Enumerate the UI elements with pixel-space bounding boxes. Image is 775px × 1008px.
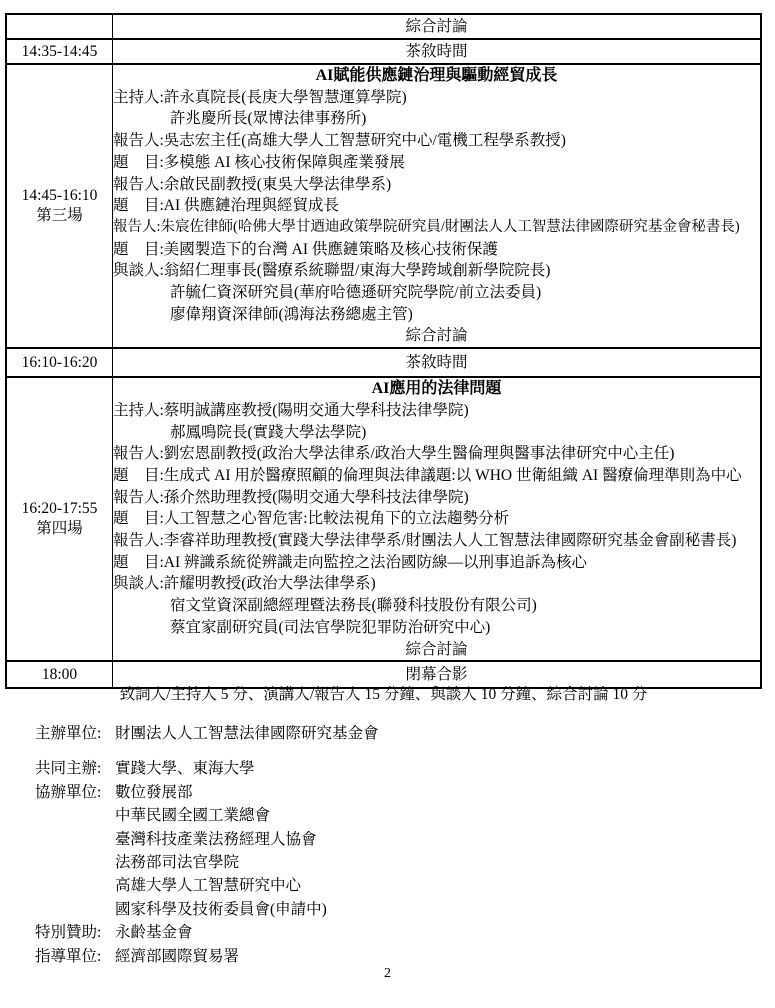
- organizer-line: 國家科學及技術委員會(申請中): [35, 898, 755, 921]
- agenda-line: 題 目:AI 辨識系統從辨識走向監控之法治國防線—以刑事追訴為核心: [113, 552, 760, 574]
- agenda-line: 主持人:蔡明誠講座教授(陽明交通大學科技法律學院): [113, 400, 760, 422]
- agenda-line: 廖偉翔資深律師(鴻海法務總處主管): [113, 304, 760, 326]
- organizer-line: 主辦單位:財團法人人工智慧法律國際研究基金會: [35, 722, 755, 745]
- agenda-line: 報告人:劉宏恩副教授(政治大學法律系/政治大學生醫倫理與醫事法律研究中心主任): [113, 443, 760, 465]
- organizer-label: 協辦單位:: [35, 781, 115, 804]
- content-cell: AI賦能供應鏈治理與驅動經貿成長 主持人:許永真院長(長庚大學智慧運算學院) 許…: [113, 64, 762, 348]
- content-cell: 綜合討論: [113, 14, 762, 39]
- time-cell: 16:10-16:20: [6, 348, 113, 377]
- agenda-line: 報告人:余啟民副教授(東吳大學法律學系): [113, 174, 760, 196]
- organizer-label: 特別贊助:: [35, 921, 115, 944]
- organizer-label: 主辦單位:: [35, 722, 115, 745]
- document-page: 綜合討論 14:35-14:45 茶敘時間 14:45-16:10 第三場 AI…: [0, 0, 775, 1008]
- organizer-value: 臺灣科技產業法務經理人協會: [115, 831, 317, 848]
- agenda-line: 與談人:翁紹仁理事長(醫療系統聯盟/東海大學跨域創新學院院長): [113, 260, 760, 282]
- organizer-line: 指導單位:經濟部國際貿易署: [35, 945, 755, 968]
- agenda-line: 茶敘時間: [113, 352, 760, 374]
- organizer-value: 經濟部國際貿易署: [115, 948, 239, 965]
- agenda-line: 茶敘時間: [113, 41, 760, 63]
- table-row: 14:35-14:45 茶敘時間: [6, 39, 761, 64]
- agenda-line: 郝鳳鳴院長(實踐大學法學院): [113, 422, 760, 444]
- page-number: 2: [0, 966, 775, 982]
- organizer-list: 主辦單位:財團法人人工智慧法律國際研究基金會 共同主辦:實踐大學、東海大學 協辦…: [35, 722, 755, 968]
- content-cell: 茶敘時間: [113, 39, 762, 64]
- agenda-line: 題 目:AI 供應鏈治理與經貿成長: [113, 195, 760, 217]
- organizer-value: 財團法人人工智慧法律國際研究基金會: [115, 725, 379, 742]
- organizer-value: 中華民國全國工業總會: [115, 807, 270, 824]
- organizer-value: 法務部司法官學院: [115, 854, 239, 871]
- organizer-line: 中華民國全國工業總會: [35, 804, 755, 827]
- agenda-line: 綜合討論: [113, 16, 760, 38]
- time-cell: 14:35-14:45: [6, 39, 113, 64]
- agenda-line: 題 目:美國製造下的台灣 AI 供應鏈策略及核心技術保護: [113, 239, 760, 261]
- agenda-line: 題 目:人工智慧之心智危害:比較法視角下的立法趨勢分析: [113, 508, 760, 530]
- agenda-table: 綜合討論 14:35-14:45 茶敘時間 14:45-16:10 第三場 AI…: [5, 13, 762, 689]
- agenda-line: 綜合討論: [113, 325, 760, 347]
- agenda-line: 綜合討論: [113, 639, 760, 661]
- agenda-line: 題 目:多模態 AI 核心技術保障與產業發展: [113, 152, 760, 174]
- organizer-line: 臺灣科技產業法務經理人協會: [35, 828, 755, 851]
- organizer-line: 共同主辦:實踐大學、東海大學: [35, 757, 755, 780]
- table-row-session-3: 14:45-16:10 第三場 AI賦能供應鏈治理與驅動經貿成長 主持人:許永真…: [6, 64, 761, 348]
- agenda-line: 題 目:生成式 AI 用於醫療照顧的倫理與法律議題:以 WHO 世衛組織 AI …: [113, 465, 760, 487]
- session-title: AI應用的法律問題: [113, 378, 760, 400]
- organizer-line: 高雄大學人工智慧研究中心: [35, 874, 755, 897]
- organizer-value: 國家科學及技術委員會(申請中): [115, 901, 327, 918]
- session-number: 第三場: [7, 206, 112, 226]
- organizer-value: 永齡基金會: [115, 924, 193, 941]
- agenda-line: 報告人:李睿祥助理教授(實踐大學法律學系/財團法人人工智慧法律國際研究基金會副秘…: [113, 530, 760, 552]
- content-cell: AI應用的法律問題 主持人:蔡明誠講座教授(陽明交通大學科技法律學院) 郝鳳鳴院…: [113, 377, 762, 661]
- agenda-line: 與談人:許耀明教授(政治大學法律學系): [113, 573, 760, 595]
- agenda-line: 主持人:許永真院長(長庚大學智慧運算學院): [113, 87, 760, 109]
- time-cell: 14:45-16:10 第三場: [6, 64, 113, 348]
- agenda-line: 許毓仁資深研究員(華府哈德遜研究院學院/前立法委員): [113, 282, 760, 304]
- content-cell: 茶敘時間: [113, 348, 762, 377]
- organizer-value: 實踐大學、東海大學: [115, 760, 255, 777]
- time-range: 16:20-17:55: [7, 499, 112, 519]
- organizer-line: 法務部司法官學院: [35, 851, 755, 874]
- organizer-label: 共同主辦:: [35, 757, 115, 780]
- agenda-line: 蔡宜家副研究員(司法官學院犯罪防治研究中心): [113, 617, 760, 639]
- agenda-line: 報告人:朱宸佐律師(哈佛大學甘迺迪政策學院研究員/財團法人人工智慧法律國際研究基…: [113, 217, 760, 239]
- table-row: 綜合討論: [6, 14, 761, 39]
- organizer-value: 數位發展部: [115, 784, 193, 801]
- organizer-line: 協辦單位:數位發展部: [35, 781, 755, 804]
- agenda-line: 許兆慶所長(眾博法律事務所): [113, 108, 760, 130]
- table-row-session-4: 16:20-17:55 第四場 AI應用的法律問題 主持人:蔡明誠講座教授(陽明…: [6, 377, 761, 661]
- organizer-label: 指導單位:: [35, 945, 115, 968]
- agenda-line: 報告人:孫介然助理教授(陽明交通大學科技法律學院): [113, 487, 760, 509]
- agenda-line: 報告人:吳志宏主任(高雄大學人工智慧研究中心/電機工程學系教授): [113, 130, 760, 152]
- timing-note: 致詞人/主持人 5 分、演講人/報告人 15 分鐘、與談人 10 分鐘、綜合討論…: [5, 682, 762, 704]
- session-number: 第四場: [7, 519, 112, 539]
- time-cell: 16:20-17:55 第四場: [6, 377, 113, 661]
- time-cell: [6, 14, 113, 39]
- session-title: AI賦能供應鏈治理與驅動經貿成長: [113, 65, 760, 87]
- table-row: 16:10-16:20 茶敘時間: [6, 348, 761, 377]
- organizer-line: 特別贊助:永齡基金會: [35, 921, 755, 944]
- agenda-line: 宿文堂資深副總經理暨法務長(聯發科技股份有限公司): [113, 595, 760, 617]
- organizer-value: 高雄大學人工智慧研究中心: [115, 877, 301, 894]
- time-range: 14:45-16:10: [7, 186, 112, 206]
